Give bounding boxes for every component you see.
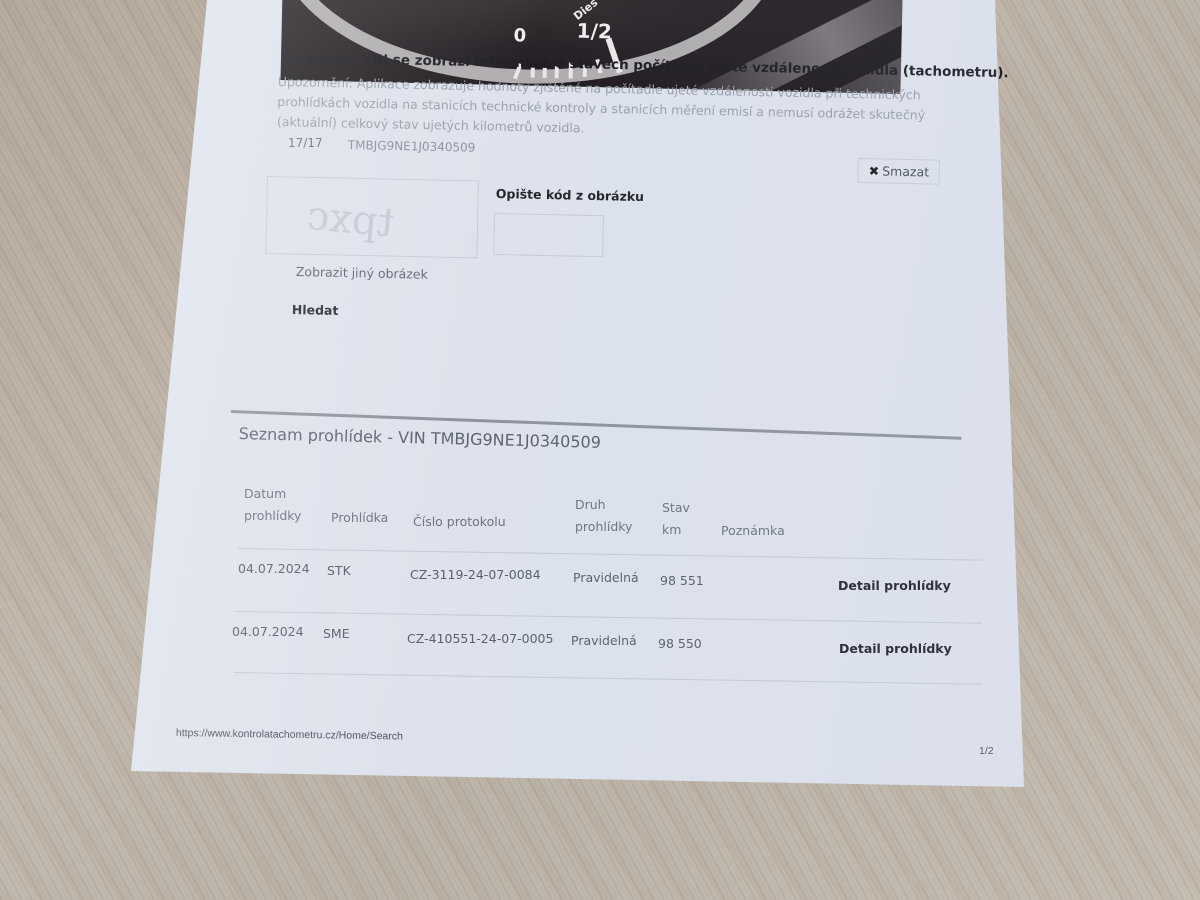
header-line: prohlídky (244, 508, 301, 523)
gauge-label-zero: 0 (513, 25, 526, 46)
detail-button[interactable]: Detail prohlídky (839, 641, 952, 656)
row-divider (238, 548, 982, 561)
header-line: Druh (575, 497, 606, 512)
row-divider (234, 672, 982, 685)
cell-km: 98 551 (660, 573, 704, 588)
header-line: Číslo protokolu (413, 514, 506, 529)
column-header-protocol: Číslo protokolu (413, 511, 506, 533)
header-line: Datum (244, 486, 286, 501)
row-divider (236, 611, 982, 624)
notice-text: Upozornění: Aplikace zobrazuje hodnoty z… (277, 72, 948, 146)
vin-char-counter: 17/17 (288, 136, 323, 150)
results-title: Seznam prohlídek - VIN TMBJG9NE1J0340509 (239, 424, 602, 452)
column-header-date: Datumprohlídky (244, 483, 301, 527)
column-header-note: Poznámka (721, 520, 785, 542)
refresh-captcha-link[interactable]: Zobrazit jiný obrázek (296, 264, 428, 282)
clear-button-label: Smazat (882, 164, 929, 180)
header-line: prohlídky (575, 519, 632, 534)
vin-input[interactable] (348, 138, 648, 158)
page-content: 0 1/2 Dies Po zadání VIN se zobrazí info… (0, 0, 1200, 900)
column-header-km: Stavkm (662, 497, 690, 541)
cell-type: STK (327, 563, 351, 578)
clear-button[interactable]: ✖Smazat (857, 158, 940, 185)
print-footer-url: https://www.kontrolatachometru.cz/Home/S… (176, 727, 403, 743)
captcha-label: Opište kód z obrázku (496, 186, 645, 204)
close-icon: ✖ (869, 163, 880, 178)
cell-type: SME (323, 626, 350, 641)
cell-protocol: CZ-410551-24-07-0005 (407, 631, 553, 646)
column-header-inspection: Prohlídka (331, 507, 388, 529)
detail-button[interactable]: Detail prohlídky (838, 578, 951, 593)
search-button[interactable]: Hledat (292, 302, 339, 318)
captcha-image: tpxc (265, 176, 479, 258)
cell-kind: Pravidelná (571, 633, 637, 648)
header-line: Stav (662, 500, 690, 515)
column-header-kind: Druhprohlídky (575, 494, 632, 538)
captcha-code: tpxc (305, 193, 395, 247)
captcha-input[interactable] (493, 213, 604, 257)
page-number: 1/2 (979, 745, 994, 757)
gauge-label-half: 1/2 (576, 19, 612, 44)
cell-protocol: CZ-3119-24-07-0084 (410, 567, 541, 582)
header-line: Prohlídka (331, 510, 388, 525)
cell-date: 04.07.2024 (238, 561, 310, 576)
header-line: Poznámka (721, 523, 785, 538)
cell-kind: Pravidelná (573, 570, 639, 585)
cell-km: 98 550 (658, 636, 702, 651)
cell-date: 04.07.2024 (232, 624, 304, 639)
header-line: km (662, 522, 681, 537)
